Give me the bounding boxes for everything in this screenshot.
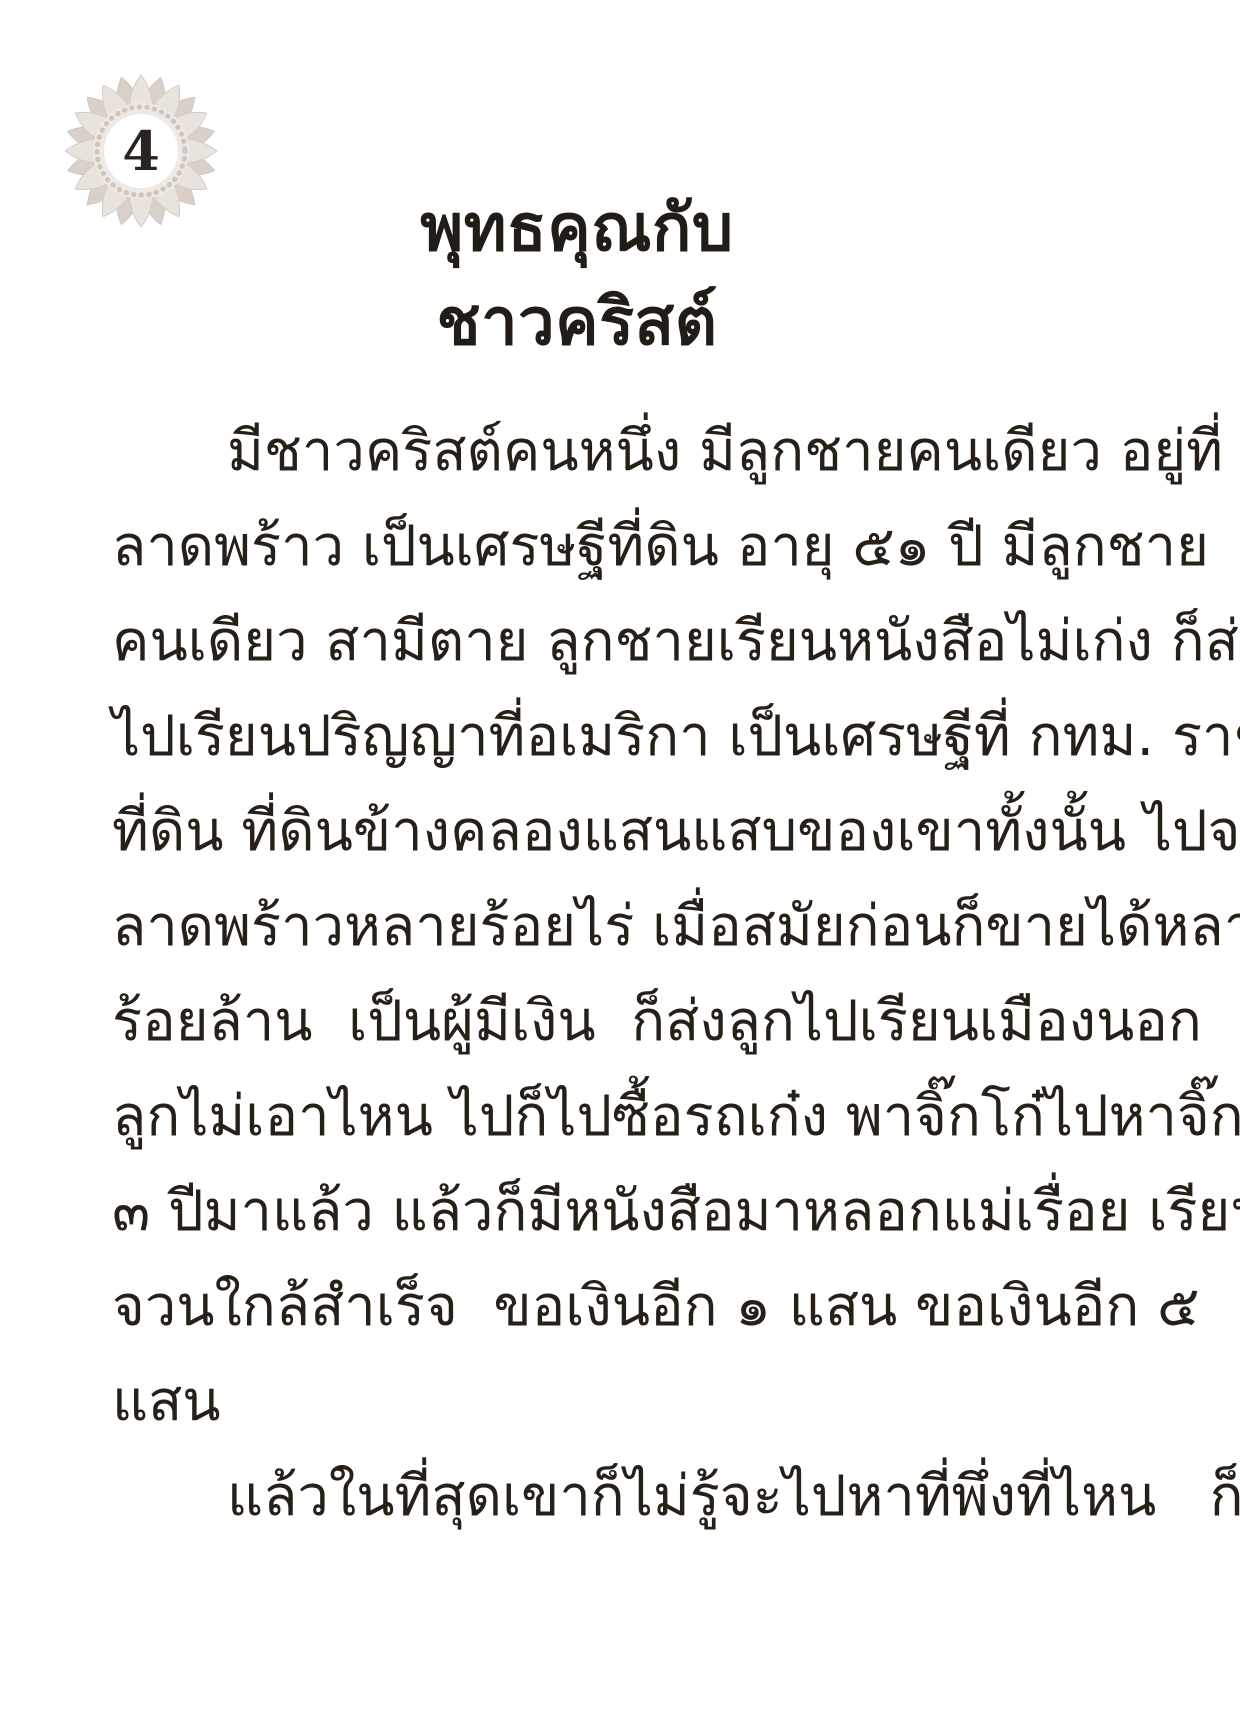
body-text: มีชาวคริสต์คนหนึ่ง มีลูกชายคนเดียว อยู่ท… bbox=[112, 404, 1052, 1544]
chapter-title-line1: พุทธคุณกับ bbox=[112, 182, 1042, 276]
text-line: ๓ ปีมาแล้ว แล้วก็มีหนังสือมาหลอกแม่เรื่อ… bbox=[112, 1164, 1052, 1259]
text-line: ที่ดิน ที่ดินข้างคลองแสนแสบของเขาทั้งนั้… bbox=[112, 784, 1052, 879]
text-line: ไปเรียนปริญญาที่อเมริกา เป็นเศรษฐีที่ กท… bbox=[112, 689, 1052, 784]
text-line: ลาดพร้าวหลายร้อยไร่ เมื่อสมัยก่อนก็ขายได… bbox=[112, 879, 1052, 974]
text-line: มีชาวคริสต์คนหนึ่ง มีลูกชายคนเดียว อยู่ท… bbox=[112, 404, 1052, 499]
chapter-title: พุทธคุณกับ ชาวคริสต์ bbox=[112, 182, 1042, 370]
text-line: คนเดียว สามีตาย ลูกชายเรียนหนังสือไม่เก่… bbox=[112, 594, 1052, 689]
text-line: ร้อยล้าน เป็นผู้มีเงิน ก็ส่งลูกไปเรียนเม… bbox=[112, 974, 1052, 1069]
text-line: ลาดพร้าว เป็นเศรษฐีที่ดิน อายุ ๕๑ ปี มีล… bbox=[112, 499, 1052, 594]
chapter-title-line2: ชาวคริสต์ bbox=[112, 276, 1042, 370]
text-line: จวนใกล้สำเร็จ ขอเงินอีก ๑ แสน ขอเงินอีก … bbox=[112, 1259, 1052, 1354]
book-page: 4 พุทธคุณกับ ชาวคริสต์ มีชาวคริสต์คนหนึ่… bbox=[0, 0, 1240, 1713]
text-line: แสน bbox=[112, 1354, 1052, 1449]
text-line: แล้วในที่สุดเขาก็ไม่รู้จะไปหาที่พึ่งที่ไ… bbox=[112, 1449, 1052, 1544]
text-line: ลูกไม่เอาไหน ไปก็ไปซื้อรถเก๋ง พาจิ๊กโก๋ไ… bbox=[112, 1069, 1052, 1164]
page-number: 4 bbox=[122, 119, 160, 183]
